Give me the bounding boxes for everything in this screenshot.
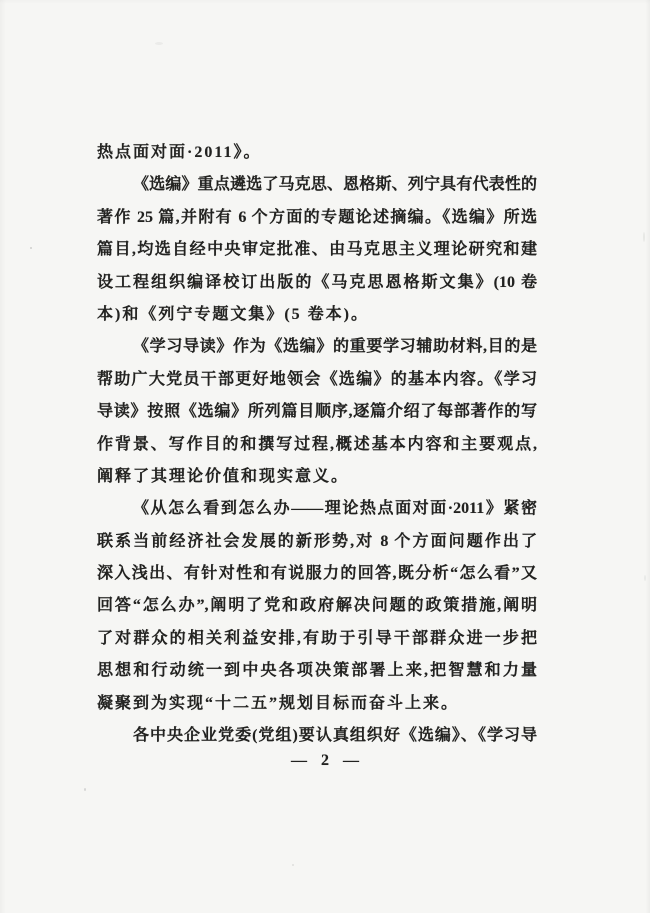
text-line: 《从怎么看到怎么办——理论热点面对面·2011》紧密 (97, 493, 537, 525)
text-line: 了对群众的相关利益安排,有助于引导干部群众进一步把 (97, 623, 537, 655)
text-line: 热点面对面·2011》。 (97, 137, 537, 169)
text-line: 导读》按照《选编》所列篇目顺序,逐篇介绍了每部著作的写 (97, 396, 537, 428)
text-line: 帮助广大党员干部更好地领会《选编》的基本内容。《学习 (97, 364, 537, 396)
text-line: 回答“怎么办”,阐明了党和政府解决问题的政策措施,阐明 (97, 590, 537, 622)
body-text: 热点面对面·2011》。《选编》重点遴选了马克思、恩格斯、列宁具有代表性的著作 … (97, 137, 537, 752)
text-line: 深入浅出、有针对性和有说服力的回答,既分析“怎么看”又 (97, 558, 537, 590)
scan-speck (292, 864, 294, 866)
text-line: 联系当前经济社会发展的新形势,对 8 个方面问题作出了 (97, 526, 537, 558)
scan-speck (84, 788, 86, 791)
text-line: 思想和行动统一到中央各项决策部署上来,把智慧和力量 (97, 655, 537, 687)
text-line: 篇目,均选自经中央审定批准、由马克思主义理论研究和建 (97, 234, 537, 266)
scan-speck (30, 247, 32, 249)
scanned-document-page: 热点面对面·2011》。《选编》重点遴选了马克思、恩格斯、列宁具有代表性的著作 … (0, 0, 650, 913)
text-line: 凝聚到为实现“十二五”规划目标而奋斗上来。 (97, 688, 537, 720)
scan-speck (643, 232, 645, 242)
text-line: 《学习导读》作为《选编》的重要学习辅助材料,目的是 (97, 331, 537, 363)
text-line: 作背景、写作目的和撰写过程,概述基本内容和主要观点, (97, 429, 537, 461)
text-line: 各中央企业党委(党组)要认真组织好《选编》、《学习导 (97, 720, 537, 752)
text-line: 本)和《列宁专题文集》(5 卷本)。 (97, 299, 537, 331)
scan-speck (644, 575, 646, 581)
text-line: 著作 25 篇,并附有 6 个方面的专题论述摘编。《选编》所选 (97, 202, 537, 234)
text-line: 阐释了其理论价值和现实意义。 (97, 461, 537, 493)
text-line: 《选编》重点遴选了马克思、恩格斯、列宁具有代表性的 (97, 169, 537, 201)
scan-speck (155, 42, 163, 45)
page-number: — 2 — (0, 751, 650, 771)
text-line: 设工程组织编译校订出版的《马克思恩格斯文集》(10 卷 (97, 267, 537, 299)
